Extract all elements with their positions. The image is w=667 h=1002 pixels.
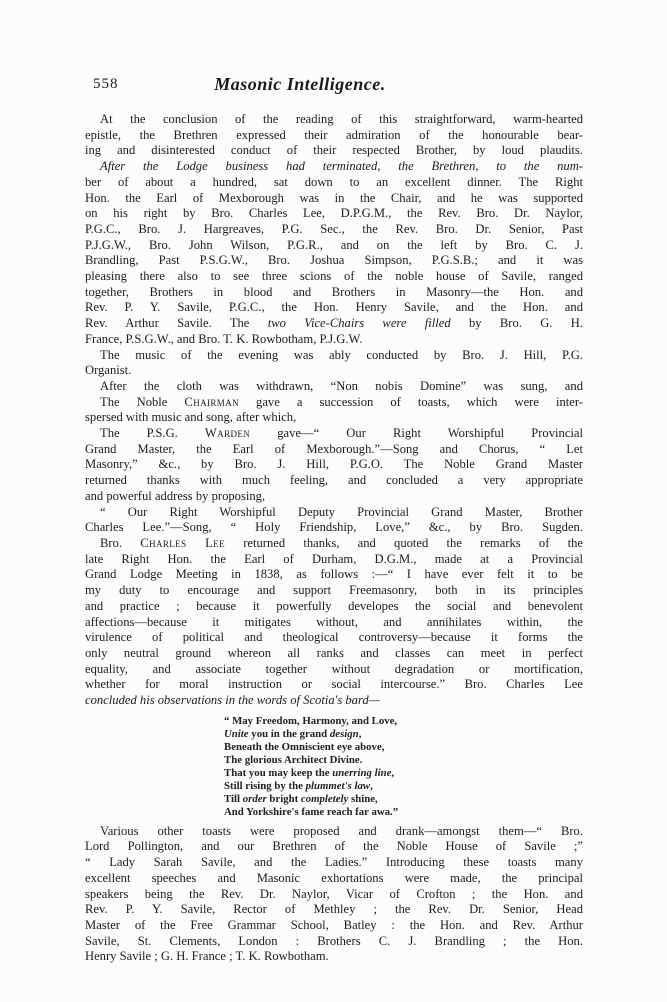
paragraph: After the cloth was withdrawn, “Non nobi… [85,379,583,395]
verse-line: “ May Freedom, Harmony, and Love, [224,715,583,728]
text-line: equality, and associate together without… [85,662,583,678]
scanned-book-page: 558 Masonic Intelligence. At the conclus… [0,0,667,1002]
text-line: Grand Lodge Meeting in 1838, as follows … [85,567,583,583]
paragraph: The Noble Chairman gave a succession of … [85,395,583,426]
verse-line: Till order bright completely shine, [224,793,583,806]
text-line: Henry Savile ; G. H. France ; T. K. Rowb… [85,949,583,965]
text-line: Bro. Charles Lee returned thanks, and qu… [85,536,583,552]
text-line: After the Lodge business had terminated,… [85,159,583,175]
verse-line: Beneath the Omniscient eye above, [224,741,583,754]
text-line: Various other toasts were proposed and d… [85,824,583,840]
text-line: Lord Pollington, and our Brethren of the… [85,839,583,855]
text-line: Charles Lee.”—Song, “ Holy Friendship, L… [85,520,583,536]
text-line: and practice ; because it powerfully dev… [85,599,583,615]
paragraph: Various other toasts were proposed and d… [85,824,583,965]
paragraph: “ Our Right Worshipful Deputy Provincial… [85,505,583,536]
text-line: ber of about a hundred, sat down to an e… [85,175,583,191]
running-header: 558 Masonic Intelligence. [0,74,667,98]
verse-line: The glorious Architect Divine. [224,754,583,767]
paragraph: At the conclusion of the reading of this… [85,112,583,159]
text-line: and powerful address by proposing, [85,489,583,505]
text-line: together, Brothers in blood and Brothers… [85,285,583,301]
text-line: late Right Hon. the Earl of Durham, D.G.… [85,552,583,568]
text-line: Grand Master, the Earl of Mexborough.”—S… [85,442,583,458]
text-line: Savile, St. Clements, London : Brothers … [85,934,583,950]
page-number: 558 [93,76,119,93]
verse-line: That you may keep the unerring line, [224,767,583,780]
text-line: Organist. [85,363,583,379]
page-body: At the conclusion of the reading of this… [85,112,583,965]
text-line: The music of the evening was ably conduc… [85,348,583,364]
text-line: spersed with music and song, after which… [85,410,583,426]
text-line: “ Lady Sarah Savile, and the Ladies.” In… [85,855,583,871]
text-line: my duty to encourage and support Freemas… [85,583,583,599]
text-line: Rev. P. Y. Savile, P.G.C., the Hon. Henr… [85,300,583,316]
text-line: only neutral ground whereon all ranks an… [85,646,583,662]
text-line: Rev. Arthur Savile. The two Vice-Chairs … [85,316,583,332]
text-line: speakers being the Rev. Dr. Naylor, Vica… [85,887,583,903]
paragraph: Bro. Charles Lee returned thanks, and qu… [85,536,583,709]
verse-line: And Yorkshire's fame reach far awa.” [224,806,583,819]
text-line: The P.S.G. Warden gave—“ Our Right Worsh… [85,426,583,442]
text-line: pleasing there also to see three scions … [85,269,583,285]
text-line: Brandling, Past P.S.G.W., Bro. Joshua Si… [85,253,583,269]
text-line: epistle, the Brethren expressed their ad… [85,128,583,144]
text-line: Masonry,” &c., by Bro. J. Hill, P.G.O. T… [85,457,583,473]
text-line: affections—because it mitigates without,… [85,615,583,631]
text-line: concluded his observations in the words … [85,693,583,709]
text-line: France, P.S.G.W., and Bro. T. K. Rowboth… [85,332,583,348]
text-line: returned thanks with much feeling, and c… [85,473,583,489]
text-line: At the conclusion of the reading of this… [85,112,583,128]
text-line: Hon. the Earl of Mexborough was in the C… [85,191,583,207]
text-line: The Noble Chairman gave a succession of … [85,395,583,411]
text-line: Rev. P. Y. Savile, Rector of Methley ; t… [85,902,583,918]
paragraph: The music of the evening was ably conduc… [85,348,583,379]
verse-line: Still rising by the plummet's law, [224,780,583,793]
text-line: whether for moral instruction or social … [85,677,583,693]
text-line: ing and disinterested conduct of their r… [85,143,583,159]
text-line: P.G.C., Bro. J. Hargreaves, P.G. Sec., t… [85,222,583,238]
text-line: excellent speeches and Masonic exhortati… [85,871,583,887]
running-title: Masonic Intelligence. [214,74,386,95]
text-line: P.J.G.W., Bro. John Wilson, P.G.R., and … [85,238,583,254]
text-line: on his right by Bro. Charles Lee, D.P.G.… [85,206,583,222]
text-line: Master of the Free Grammar School, Batle… [85,918,583,934]
text-line: After the cloth was withdrawn, “Non nobi… [85,379,583,395]
text-line: “ Our Right Worshipful Deputy Provincial… [85,505,583,521]
verse-line: Unite you in the grand design, [224,728,583,741]
text-line: virulence of political and theological c… [85,630,583,646]
paragraph: After the Lodge business had terminated,… [85,159,583,347]
verse-block: “ May Freedom, Harmony, and Love,Unite y… [224,715,583,819]
paragraph: The P.S.G. Warden gave—“ Our Right Worsh… [85,426,583,505]
